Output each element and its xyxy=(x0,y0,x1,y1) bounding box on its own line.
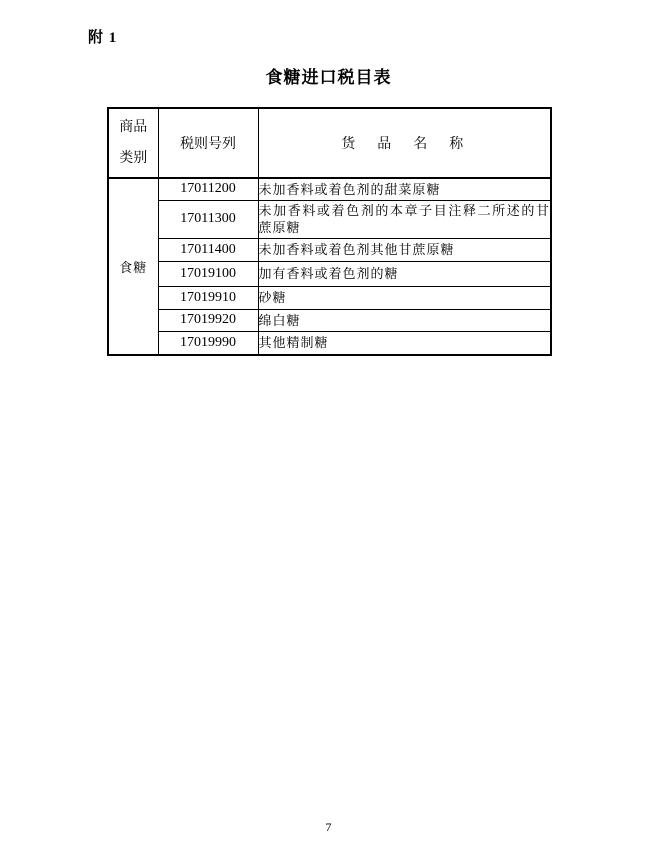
table-row: 17011400 未加香料或着色剂其他甘蔗原糖 xyxy=(108,238,551,261)
tariff-code-cell: 17019910 xyxy=(158,286,258,309)
column-header-category: 商品 类别 xyxy=(108,108,158,178)
category-cell: 食糖 xyxy=(108,178,158,355)
goods-name-cell: 砂糖 xyxy=(258,286,551,309)
attachment-label: 附 1 xyxy=(88,26,117,47)
page-title: 食糖进口税目表 xyxy=(0,63,657,88)
table-row: 17019910 砂糖 xyxy=(108,286,551,309)
document-page: 附 1 食糖进口税目表 商品 类别 税则号列 货 品 名 称 食糖 170112… xyxy=(0,0,657,843)
page-number: 7 xyxy=(0,820,657,835)
table-row: 食糖 17011200 未加香料或着色剂的甜菜原糖 xyxy=(108,178,551,200)
table-row: 17019990 其他精制糖 xyxy=(108,331,551,355)
column-header-category-line2: 类别 xyxy=(109,143,158,174)
tariff-code-cell: 17011300 xyxy=(158,200,258,238)
goods-name-cell: 未加香料或着色剂的本章子目注释二所述的甘蔗原糖 xyxy=(258,200,551,238)
column-header-goods-name: 货 品 名 称 xyxy=(258,108,551,178)
goods-name-cell: 其他精制糖 xyxy=(258,331,551,355)
goods-name-cell: 未加香料或着色剂的甜菜原糖 xyxy=(258,178,551,200)
table-row: 17019100 加有香料或着色剂的糖 xyxy=(108,261,551,286)
tariff-code-cell: 17011400 xyxy=(158,238,258,261)
table-row: 17019920 绵白糖 xyxy=(108,309,551,331)
goods-name-cell: 未加香料或着色剂其他甘蔗原糖 xyxy=(258,238,551,261)
column-header-category-line1: 商品 xyxy=(109,112,158,143)
tariff-code-cell: 17019990 xyxy=(158,331,258,355)
tariff-table: 商品 类别 税则号列 货 品 名 称 食糖 17011200 未加香料或着色剂的… xyxy=(107,107,552,356)
table-header-row: 商品 类别 税则号列 货 品 名 称 xyxy=(108,108,551,178)
table-row: 17011300 未加香料或着色剂的本章子目注释二所述的甘蔗原糖 xyxy=(108,200,551,238)
tariff-code-cell: 17019100 xyxy=(158,261,258,286)
column-header-tariff-code: 税则号列 xyxy=(158,108,258,178)
tariff-code-cell: 17011200 xyxy=(158,178,258,200)
goods-name-cell: 加有香料或着色剂的糖 xyxy=(258,261,551,286)
goods-name-cell: 绵白糖 xyxy=(258,309,551,331)
tariff-code-cell: 17019920 xyxy=(158,309,258,331)
